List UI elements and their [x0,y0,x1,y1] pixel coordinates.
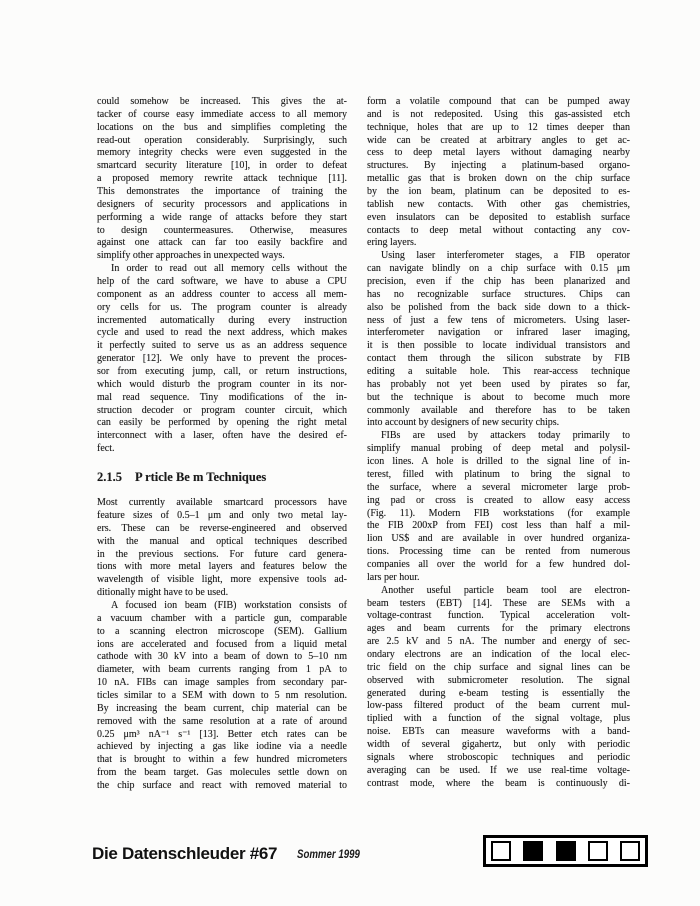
text-line: the chip surface and react with removed … [97,780,347,793]
journal-title: Die Datenschleuder #67 [92,844,277,864]
scanned-paper-page: could somehow be increased. This gives t… [0,0,700,906]
text-line: beam testers (EBT) [14]. These are SEMs … [367,598,630,611]
text-line: contacts to deep metal without contactin… [367,225,630,238]
section-number: 2.1.5 [97,470,122,484]
text-line: icon lines. A hole is drilled to the sig… [367,456,630,469]
text-line: ing pad or cross is created to allow eas… [367,495,630,508]
text-line: mal read sequence. Tiny modifications of… [97,392,347,405]
text-line: interconnect with a laser, often have th… [97,430,347,443]
text-line: has probably not yet been used by pirate… [367,379,630,392]
text-line: (Fig. 11). Modern FIB workstations (for … [367,508,630,521]
text-line: Using laser interferometer stages, a FIB… [381,250,630,263]
text-line: fect. [97,443,347,456]
text-line: lars per hour. [367,572,630,585]
text-line: but the technique is about to become muc… [367,392,630,405]
paragraph: Using laser interferometer stages, a FIB… [367,250,630,430]
issue-date: Sommer 1999 [297,849,360,861]
text-line: lion US$ and are available in over hundr… [367,533,630,546]
text-line: even insulators can be deposited to esta… [367,212,630,225]
text-line: smartcard security literature [10], in o… [97,160,347,173]
text-line: ticles similar to a SEM with down to 5 n… [97,690,347,703]
text-line: voltage-contrast function. Typical accel… [367,610,630,623]
text-line: low-pass filtered product of the beam cu… [367,700,630,713]
right-column: form a volatile compound that can be pum… [367,96,630,790]
text-line: sor from executing jump, call, or return… [97,366,347,379]
text-line: tions with more metal layers and feature… [97,561,347,574]
text-line: a proposed memory rewrite attack techniq… [97,173,347,186]
text-line: Most currently available smartcard proce… [97,497,347,510]
text-line: tric field on the chip surface and signa… [367,662,630,675]
text-line: from the beam target. Gas molecules sett… [97,767,347,780]
binary-page-marker [483,835,648,867]
text-line: it perfectly suited to serve us as an ad… [97,340,347,353]
text-line: performing a wide range of attacks befor… [97,212,347,225]
section-heading: 2.1.5P rticle Be m Techniques [97,470,347,485]
text-line: component as an address counter to acces… [97,289,347,302]
text-line: locations on the bus and simplifies comp… [97,122,347,135]
text-line: 0.25 μm³ nA⁻¹ s⁻¹ [13]. Better etch rate… [97,729,347,742]
text-line: incremented automatically during every i… [97,315,347,328]
text-line: ers. These can be reverse-engineered and… [97,523,347,536]
text-line: which would disturb the program counter … [97,379,347,392]
text-line: Another useful particle beam tool are el… [381,585,630,598]
text-line: precision, even if the chip has been pla… [367,276,630,289]
text-line: and is not redeposited. Using this gas-a… [367,109,630,122]
text-line: to a scanning electron microscope (SEM).… [97,626,347,639]
text-line: achieved by injecting a gas like iodine … [97,741,347,754]
marker-square-outline [588,841,608,861]
text-line: averaging can be used. If we use real-ti… [367,765,630,778]
text-line: removed with the same resolution at a ra… [97,716,347,729]
text-line: wavelength of visible light, more expens… [97,574,347,587]
text-line: metallic gas that is broken down on the … [367,173,630,186]
text-line: 10 nA. FIBs can image samples from secon… [97,677,347,690]
text-line: cycle and used to read the next address,… [97,327,347,340]
text-line: with the manual and optical techniques d… [97,536,347,549]
text-line: form a volatile compound that can be pum… [367,96,630,109]
text-line: width of several gigahertz, but only wit… [367,739,630,752]
text-line: signals where stroboscopic techniques an… [367,752,630,765]
text-line: ering layers. [367,237,630,250]
text-line: editing a suitable hole. This rear-acces… [367,366,630,379]
text-line: cathode with 30 kV into a beam of down t… [97,651,347,664]
text-line: the surface, where a several micrometer … [367,482,630,495]
marker-square-filled [523,841,543,861]
text-line: diameter, with beam currents ranging fro… [97,664,347,677]
text-line: simplify other approaches in unexpected … [97,250,347,263]
text-line: tacker of course easy immediate access t… [97,109,347,122]
text-line: ness of just a few tens of micrometers. … [367,315,630,328]
text-line: can easily be performed by opening the r… [97,417,347,430]
marker-square-outline [620,841,640,861]
text-line: simplify manual probing of deep metal an… [367,443,630,456]
text-line: ondary electrons are an indication of th… [367,649,630,662]
text-line: ory cells for us. The program counter is… [97,302,347,315]
text-line: structures. By injecting a platinum-base… [367,160,630,173]
text-line: terest, filled with platinum to bring th… [367,469,630,482]
section-title: P rticle Be m Techniques [135,470,266,484]
text-line: This demonstrates the importance of trai… [97,186,347,199]
text-line: that is brought to within a few hundred … [97,754,347,767]
text-line: also be polished from the back side down… [367,302,630,315]
text-line: could somehow be increased. This gives t… [97,96,347,109]
text-line: to design countermeasures. Otherwise, me… [97,225,347,238]
text-line: ditionally might have to be used. [97,587,347,600]
text-line: the FIB 200xP from FEI) cost less than h… [367,520,630,533]
text-line: noise. EBTs can measure waveforms with a… [367,726,630,739]
text-line: technique, holes that are up to 12 times… [367,122,630,135]
text-line: ages and beam currents for the primary e… [367,623,630,636]
text-line: a vacuum chamber with a particle gun, co… [97,613,347,626]
text-line: companies all over the world for a few h… [367,559,630,572]
paragraph: A focused ion beam (FIB) workstation con… [97,600,347,793]
paragraph: form a volatile compound that can be pum… [367,96,630,250]
text-line: contact them through the silicon substra… [367,353,630,366]
marker-square-outline [491,841,511,861]
text-line: memory integrity checks were even sugges… [97,147,347,160]
text-line: wide can be created at arbitrary angles … [367,135,630,148]
left-column: could somehow be increased. This gives t… [97,96,347,793]
text-line: feature sizes of 0.5–1 μm and only two m… [97,510,347,523]
paragraph: could somehow be increased. This gives t… [97,96,347,263]
text-line: are 2.5 kV and 5 nA. The number and ener… [367,636,630,649]
text-line: By increasing the beam current, chip mat… [97,703,347,716]
text-line: cess to deep metal layers without damagi… [367,147,630,160]
text-line: help of the card software, we have to ab… [97,276,347,289]
paragraph: FIBs are used by attackers today primari… [367,430,630,584]
paragraph: In order to read out all memory cells wi… [97,263,347,456]
text-line: by the ion beam, platinum can be deposit… [367,186,630,199]
text-line: against one attack can far too easily ba… [97,237,347,250]
text-line: struction decoder or program counter cir… [97,405,347,418]
text-line: observed with submicrometer resolution. … [367,675,630,688]
text-line: FIBs are used by attackers today primari… [381,430,630,443]
text-line: contrast mode, where the beam is continu… [367,778,630,791]
text-line: has no recognizable surface structures. … [367,289,630,302]
text-line: read-out operation considerably. Surpris… [97,135,347,148]
text-line: interferometer navigation or infrared la… [367,327,630,340]
text-line: can navigate blindly on a chip surface w… [367,263,630,276]
text-line: tions. Processing time can be rented fro… [367,546,630,559]
paragraph: Another useful particle beam tool are el… [367,585,630,791]
text-line: In order to read out all memory cells wi… [111,263,347,276]
text-line: generator [12]. We only have to prevent … [97,353,347,366]
text-line: tablish new contacts. With other gas che… [367,199,630,212]
text-line: commonly available and therefore has to … [367,405,630,418]
marker-square-filled [556,841,576,861]
paragraph: Most currently available smartcard proce… [97,497,347,600]
text-line: ions are accelerated and focused from a … [97,639,347,652]
text-line: generated during e-beam testing is essen… [367,688,630,701]
text-line: A focused ion beam (FIB) workstation con… [111,600,347,613]
text-line: it is then possible to locate individual… [367,340,630,353]
text-line: tiplied with a function of the signal vo… [367,713,630,726]
text-line: into account by designers of new securit… [367,417,630,430]
text-line: in the previous sections. For future car… [97,549,347,562]
text-line: designers of security processors and app… [97,199,347,212]
